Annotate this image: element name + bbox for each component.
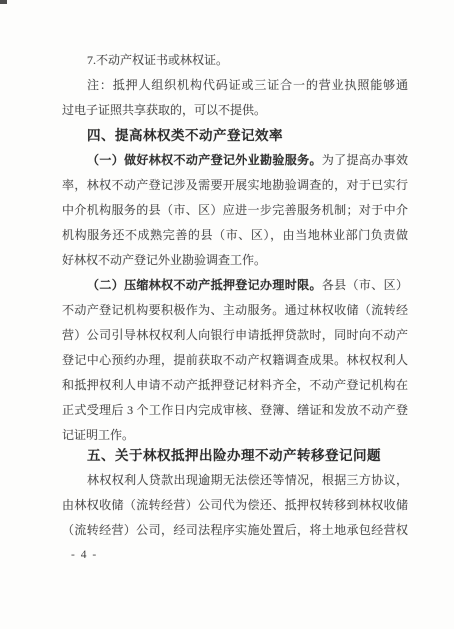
para-1-line-1-text: 为了提高办事效 (322, 153, 408, 167)
para-2-line-1-text: 各县（市、区） (322, 278, 408, 292)
para-2-line-5: 和抵押权利人申请不动产抵押登记材料齐全，不动产登记机构在 (62, 373, 408, 398)
section-heading-5: 五、关于林权抵押出险办理不动产转移登记问题 (62, 443, 408, 468)
para-2-line-3: 营）公司引导林权权利人向银行申请抵押贷款时，同时向不动产 (62, 323, 408, 348)
para-1-line-4: 机构服务还不成熟完善的县（市、区），由当地林业部门负责做 (62, 223, 408, 248)
para-2-line-1: （二）压缩林权不动产抵押登记办理时限。各县（市、区） (62, 273, 408, 298)
para-1-line-1: （一）做好林权不动产登记外业勘验服务。为了提高办事效 (62, 148, 408, 173)
page-number: - 4 - (71, 549, 98, 561)
para-2-line-6: 正式受理后 3 个工作日内完成审核、登簿、缮证和发放不动产登 (62, 398, 408, 423)
note-line-2: 过电子证照共享获取的，可以不提供。 (62, 98, 408, 123)
para-3-line-1: 林权权利人贷款出现逾期无法偿还等情况，根据三方协议， (62, 468, 408, 493)
item-7-line: 7.不动产权证书或林权证。 (62, 48, 408, 73)
para-1-lead: （一）做好林权不动产登记外业勘验服务。 (87, 153, 322, 167)
para-3-line-2: 由林权收储（流转经营）公司代为偿还、抵押权转移到林权收储 (62, 493, 408, 518)
document-body: 7.不动产权证书或林权证。 注：抵押人组织机构代码证或三证合一的营业执照能够通 … (62, 48, 408, 543)
scan-artifact-mark (0, 0, 7, 4)
para-2-lead: （二）压缩林权不动产抵押登记办理时限。 (87, 278, 322, 292)
para-2-line-4: 登记中心预约办理，提前获取不动产权籍调查成果。林权权利人 (62, 348, 408, 373)
para-2-line-2: 不动产登记机构要积极作为、主动服务。通过林权收储（流转经 (62, 298, 408, 323)
note-line-1: 注：抵押人组织机构代码证或三证合一的营业执照能够通 (62, 73, 408, 98)
para-1-line-2: 率，林权不动产登记涉及需要开展实地勘验调查的，对于已实行 (62, 173, 408, 198)
para-1-line-3: 中介机构服务的县（市、区）应进一步完善服务机制；对于中介 (62, 198, 408, 223)
scanned-document-page: 7.不动产权证书或林权证。 注：抵押人组织机构代码证或三证合一的营业执照能够通 … (0, 0, 454, 629)
section-heading-4: 四、提高林权类不动产登记效率 (62, 123, 408, 148)
para-1-line-5: 好林权不动产登记外业勘验调查工作。 (62, 248, 408, 273)
para-3-line-3: （流转经营）公司，经司法程序实施处置后，将土地承包经营权 (62, 518, 408, 543)
